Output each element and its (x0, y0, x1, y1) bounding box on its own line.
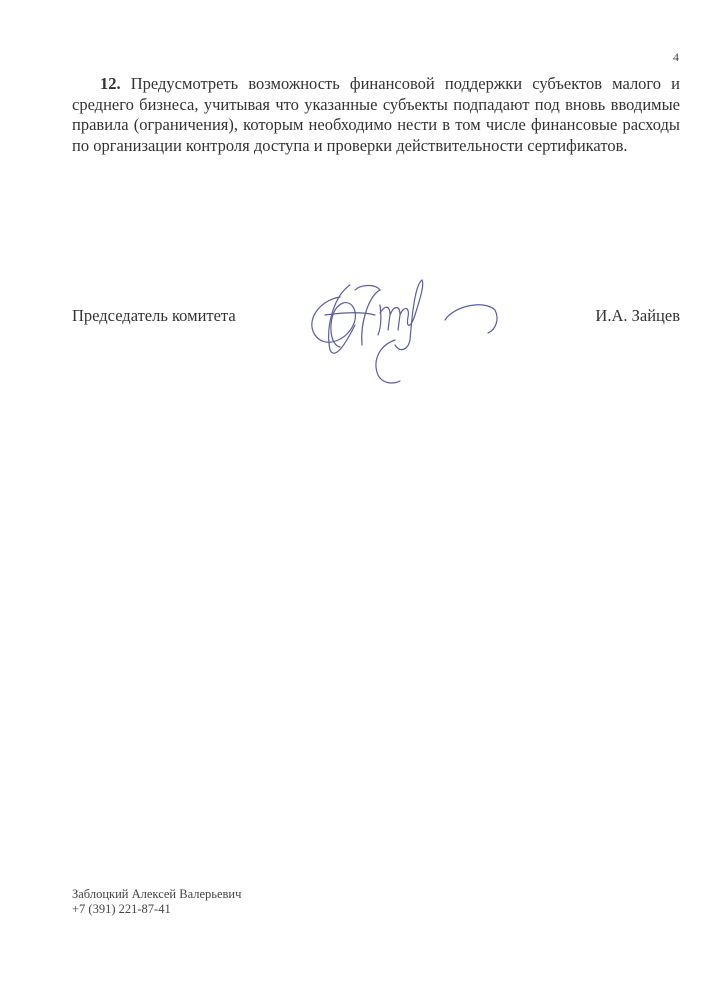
paragraph-number: 12. (100, 74, 121, 93)
executor-info: Заблоцкий Алексей Валерьевич +7 (391) 22… (72, 887, 241, 916)
handwritten-signature-icon (300, 275, 510, 390)
signatory-position: Председатель комитета (72, 306, 236, 326)
paragraph-12: 12. Предусмотреть возможность финансовой… (72, 74, 680, 156)
executor-phone: +7 (391) 221-87-41 (72, 902, 241, 917)
page-number: 4 (673, 50, 679, 65)
signatory-name: И.А. Зайцев (595, 306, 680, 326)
executor-name: Заблоцкий Алексей Валерьевич (72, 887, 241, 902)
paragraph-text: Предусмотреть возможность финансовой под… (72, 74, 680, 155)
